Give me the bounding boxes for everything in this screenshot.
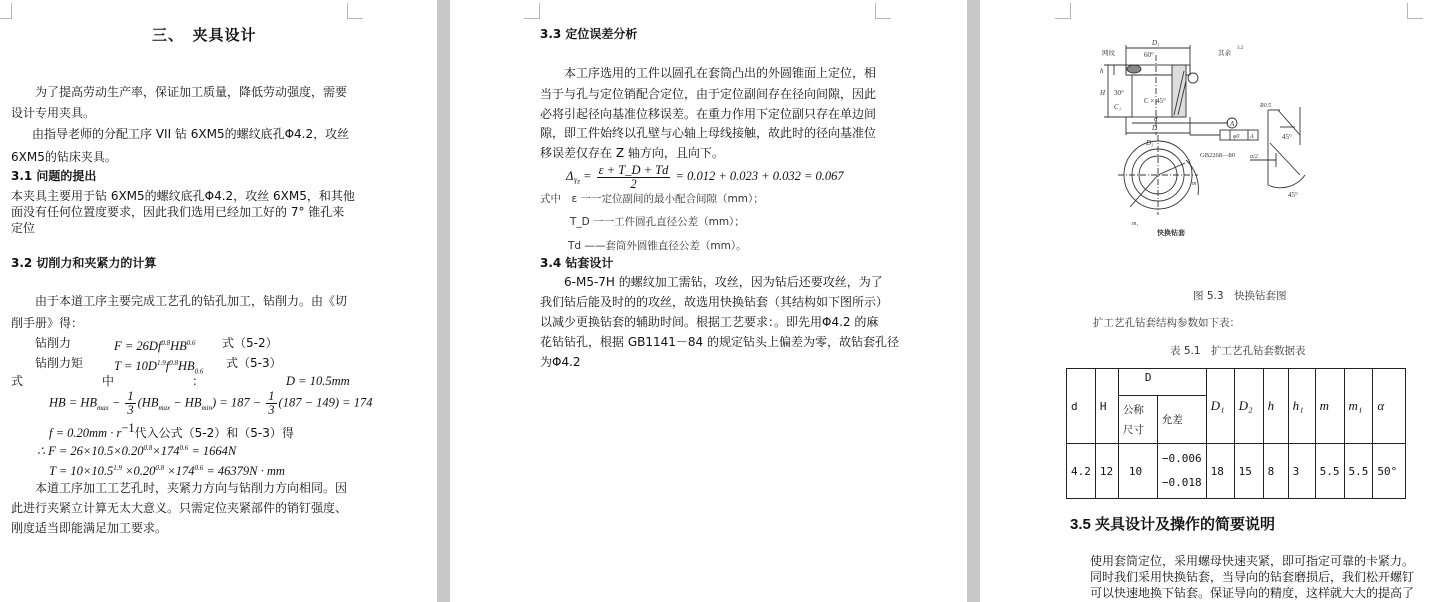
paragraph-line: 可以快速地换下钻套。保证导向的精度，这样就大大的提高了	[1090, 585, 1414, 601]
formula-label: 钻削力	[35, 332, 71, 354]
page-corner-mark	[347, 3, 363, 19]
paragraph-line: 本夹具主要用于钻 6XM5的螺纹底孔Φ4.2，攻丝 6XM5，和其他	[11, 188, 355, 204]
formula-ref: 式（5-3）	[226, 352, 282, 374]
svg-text:α/2: α/2	[1250, 154, 1258, 160]
svg-text:45°: 45°	[1282, 133, 1292, 141]
table-caption: 表 5.1 扩工艺孔钻套数据表	[1170, 340, 1306, 362]
table-cell: 5.5	[1344, 444, 1373, 499]
table-header: D₁	[1206, 369, 1234, 444]
table-cell: 12	[1095, 444, 1118, 499]
table-header: m	[1315, 369, 1344, 444]
svg-text:m₁: m₁	[1132, 221, 1138, 227]
svg-text:D: D	[1151, 124, 1157, 132]
drill-bushing-drawing: D₁ 60° 网纹 其余 3.2 H h 30° C × 45° C₁ d D …	[1100, 35, 1320, 240]
svg-text:H: H	[1100, 89, 1106, 97]
table-intro: 扩工艺孔钻套结构参数如下表：	[1093, 312, 1240, 334]
paragraph-line: 当于与孔与定位销配合定位，由于定位副间存在径向间隙，因此	[540, 83, 876, 105]
svg-text:45°: 45°	[1288, 191, 1298, 199]
table-cell: 15	[1234, 444, 1263, 499]
definition-line: T_D 一一工件圆孔直径公差（mm）；	[570, 211, 745, 233]
section-heading-3-3: 3.3 定位误差分析	[540, 23, 637, 45]
svg-text:30°: 30°	[1114, 89, 1124, 97]
paragraph-line: 由于本道工序主要完成工艺孔的钻孔加工，钻削力。由《切	[35, 290, 347, 312]
paragraph-line: 为Φ4.2	[540, 351, 581, 373]
svg-text:D₂: D₂	[1145, 139, 1154, 147]
table-cell: 10	[1118, 444, 1157, 499]
svg-text:网纹: 网纹	[1102, 48, 1116, 57]
hb-formula: HB = HBmax − 13(HBmax − HBmin) = 187 − 1…	[49, 390, 372, 419]
table-header: 公称尺寸	[1118, 396, 1157, 444]
dim-label: D₁	[1151, 39, 1160, 47]
svg-text:C × 45°: C × 45°	[1144, 97, 1166, 105]
paragraph-line: 花钻钻孔，根据 GB1141－84 的规定钻头上偏差为零，故钻套孔径	[540, 331, 899, 353]
svg-text:d: d	[1154, 115, 1158, 123]
formula-label: 钻削力矩	[35, 352, 83, 374]
where-colon: ：	[192, 370, 204, 392]
fraction: ε + T_D + Td2	[597, 164, 671, 191]
formula-ref: 式（5-2）	[222, 332, 278, 354]
table-cell: 8	[1263, 444, 1288, 499]
paragraph-line: 使用套筒定位，采用螺母快速夹紧，即可指定可靠的卡紧力。	[1090, 553, 1414, 569]
svg-text:m: m	[1192, 181, 1197, 187]
document-page-2: 3.3 定位误差分析 本工序选用的工件以圆孔在套筒凸出的外圆锥面上定位，相 当于…	[450, 0, 967, 602]
paragraph-line: 6-M5-7H 的螺纹加工需钻，攻丝，因为钻后还要攻丝，为了	[564, 271, 883, 293]
paragraph-line: 面没有任何位置度要求，因此我们选用已经加工好的 7° 锥孔来	[11, 204, 344, 220]
paragraph-line: 同时我们采用快换钻套，当导向的钻套磨损后，我们松开螺钉	[1090, 569, 1414, 585]
table-header: D₂	[1234, 369, 1263, 444]
page-corner-mark	[0, 3, 12, 19]
section-heading-3-1: 3.1 问题的提出	[11, 165, 96, 187]
table-header: α	[1373, 369, 1406, 444]
svg-text:3.2: 3.2	[1237, 46, 1244, 51]
fraction: 13	[266, 390, 276, 417]
fraction: 13	[125, 390, 135, 417]
page-corner-mark	[1055, 3, 1071, 19]
document-page-1: 三、 夹具设计 为了提高劳动生产率，保证加工质量，降低劳动强度，需要 设计专用夹…	[0, 0, 437, 602]
where-label: 式	[11, 370, 23, 392]
table-header: h	[1263, 369, 1288, 444]
drawing-caption: 快换钻套	[1156, 228, 1185, 237]
paragraph-line: 为了提高劳动生产率，保证加工质量，降低劳动强度，需要	[35, 81, 347, 103]
svg-text:φ0: φ0	[1233, 134, 1239, 140]
diameter-value: D = 10.5mm	[286, 370, 350, 392]
svg-text:其余: 其余	[1218, 48, 1232, 57]
figure-caption: 图 5.3 快换钻套图	[1193, 285, 1287, 307]
paragraph-line: 我们钻后能及时的的攻丝，故选用快换钻套（其结构如下图所示）	[540, 291, 888, 313]
paragraph-line: 此进行夹紧立计算无太大意义。只需定位夹紧部件的销钉强度、	[11, 497, 347, 519]
table-header: D	[1118, 369, 1206, 396]
svg-text:GB2268—80: GB2268—80	[1200, 152, 1235, 159]
page-corner-mark	[524, 3, 540, 19]
svg-text:60°: 60°	[1144, 51, 1154, 59]
definition-line: 式中 ε 一一定位副间的最小配合间隙（mm）；	[540, 188, 764, 210]
table-cell: 18	[1206, 444, 1234, 499]
section-heading-3-2: 3.2 切削力和夹紧力的计算	[11, 252, 156, 274]
paragraph-line: 由指导老师的分配工序 VII 钻 6XM5的螺纹底孔Φ4.2，攻丝	[32, 123, 349, 145]
section-heading-3-5: 3.5 夹具设计及操作的简要说明	[1070, 514, 1275, 536]
svg-text:A: A	[1229, 120, 1235, 128]
paragraph-line: 隙，即工件始终以孔壁与心轴上母线接触，故此时的径向基准位	[540, 122, 876, 144]
paragraph-line: 以减少更换钻套的辅助时间。根据工艺要求：。即先用Φ4.2 的麻	[540, 311, 878, 333]
paragraph-line: 刚度适当即能满足加工要求。	[11, 517, 167, 539]
table-cell: 3	[1288, 444, 1315, 499]
svg-text:h: h	[1100, 67, 1104, 75]
page-corner-mark	[875, 3, 891, 19]
table-cell: −0.006−0.018	[1157, 444, 1206, 499]
page-corner-mark	[1407, 3, 1423, 19]
chapter-title: 三、 夹具设计	[152, 24, 257, 46]
document-page-3: D₁ 60° 网纹 其余 3.2 H h 30° C × 45° C₁ d D …	[980, 0, 1447, 602]
paragraph-line: 削手册》得：	[11, 312, 83, 334]
paragraph-line: 定位	[11, 220, 35, 236]
table-header: m₁	[1344, 369, 1373, 444]
svg-text:R0.5: R0.5	[1259, 103, 1271, 109]
paragraph-line: 设计专用夹具。	[11, 102, 95, 124]
svg-text:C₁: C₁	[1114, 103, 1121, 111]
paragraph-line: 本道工序加工工艺孔时，夹紧力方向与钻削力方向相同。因	[35, 477, 347, 499]
bushing-parameters-table: d H D D₁ D₂ h h₁ m m₁ α 公称尺寸 允差 4.2 12 1…	[1066, 368, 1406, 499]
table-header: h₁	[1288, 369, 1315, 444]
where-mid: 中	[102, 370, 114, 392]
paragraph-line: 本工序选用的工件以圆孔在套筒凸出的外圆锥面上定位，相	[564, 62, 876, 84]
table-header: d	[1067, 369, 1096, 444]
table-header: H	[1095, 369, 1118, 444]
torque-formula: T = 10D1.9f0.8HB0.6	[114, 352, 203, 383]
table-cell: 4.2	[1067, 444, 1096, 499]
table-header: 允差	[1157, 396, 1206, 444]
table-cell: 50°	[1373, 444, 1406, 499]
svg-text:A: A	[1249, 134, 1254, 140]
table-cell: 5.5	[1315, 444, 1344, 499]
paragraph-line: 移误差仅存在 Z 轴方向，且向下。	[540, 142, 724, 164]
